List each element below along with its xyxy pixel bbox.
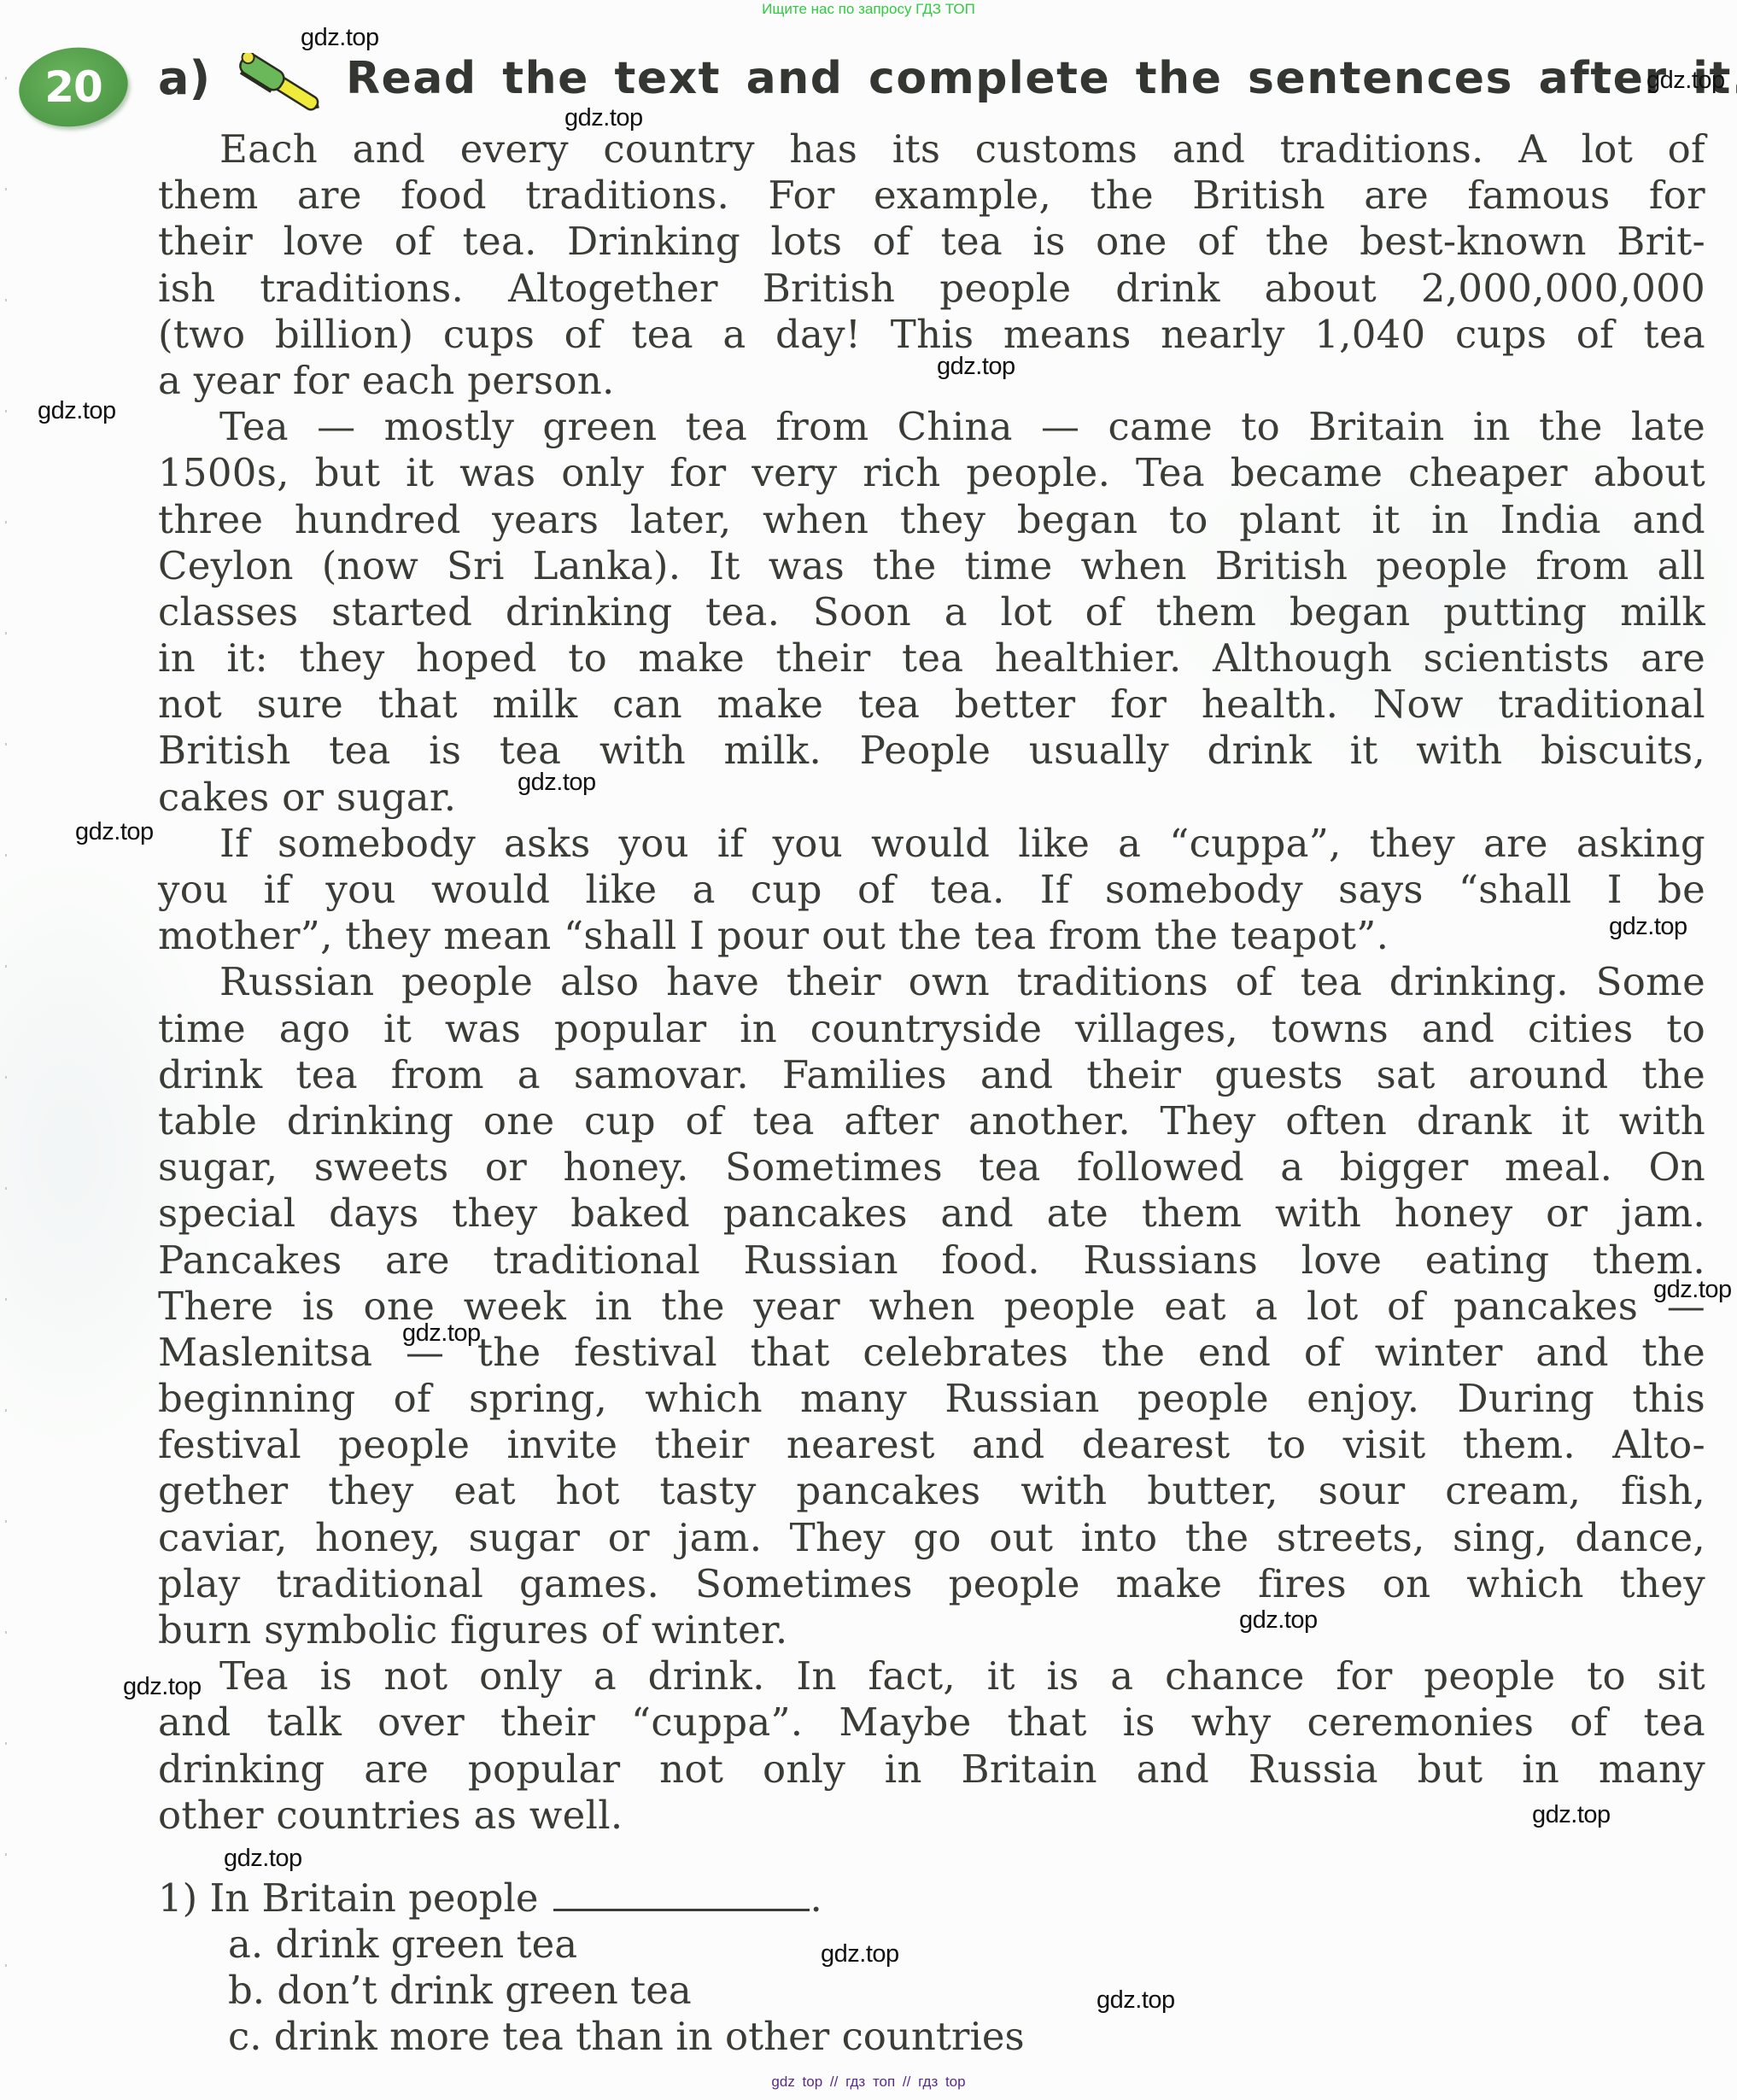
watermark: gdz.top xyxy=(518,769,596,796)
task-title: Read the text and complete the sentences… xyxy=(346,53,1737,104)
text-line: them are food traditions. For example, t… xyxy=(158,173,1705,219)
watermark: gdz.top xyxy=(301,24,379,51)
text-line: table drinking one cup of tea after anot… xyxy=(158,1098,1705,1144)
text-line: 1500s, but it was only for very rich peo… xyxy=(158,450,1705,496)
text-line: play traditional games. Sometimes people… xyxy=(158,1561,1705,1607)
watermark: gdz.top xyxy=(564,104,643,132)
text-line: Ceylon (now Sri Lanka). It was the time … xyxy=(158,543,1705,589)
watermark: gdz.top xyxy=(75,818,154,845)
watermark: gdz.top xyxy=(38,397,116,424)
watermark: gdz.top xyxy=(1609,913,1687,940)
watermark: gdz.top xyxy=(937,353,1015,380)
text-line: Maslenitsa — the festival that celebrate… xyxy=(158,1330,1705,1376)
watermark: gdz.top xyxy=(1239,1606,1318,1634)
footer-watermark: gdz top // гдз топ // гдз top xyxy=(0,2074,1737,2091)
text-line: time ago it was popular in countryside v… xyxy=(158,1006,1705,1052)
question-end-punct: . xyxy=(810,1875,822,1921)
text-line: you if you would like a cup of tea. If s… xyxy=(158,867,1705,913)
reading-text: Each and every country has its customs a… xyxy=(158,126,1705,1839)
answer-option-c: c. drink more tea than in other countrie… xyxy=(158,2014,1025,2060)
text-line: other countries as well. xyxy=(158,1793,1705,1839)
question-stem: 1) In Britain people xyxy=(158,1875,538,1922)
watermark: gdz.top xyxy=(1646,67,1725,94)
text-line: Each and every country has its customs a… xyxy=(158,126,1705,173)
pen-icon xyxy=(229,53,327,113)
text-line: (two billion) cups of tea a day! This me… xyxy=(158,312,1705,358)
text-line: their love of tea. Drinking lots of tea … xyxy=(158,219,1705,265)
text-line: in it: they hoped to make their tea heal… xyxy=(158,635,1705,681)
text-line: not sure that milk can make tea better f… xyxy=(158,681,1705,728)
text-line: There is one week in the year when peopl… xyxy=(158,1284,1705,1330)
text-line: drinking are popular not only in Britain… xyxy=(158,1746,1705,1793)
text-line: sugar, sweets or honey. Sometimes tea fo… xyxy=(158,1144,1705,1190)
top-banner: Ищите нас по запросу ГДЗ ТОП xyxy=(0,0,1737,19)
question-list: 1) In Britain people. a. drink green tea… xyxy=(158,1875,1025,2060)
exercise-number: 20 xyxy=(19,48,128,126)
task-letter: a) xyxy=(158,51,210,105)
question-stem-line: 1) In Britain people. xyxy=(158,1875,1025,1922)
text-line: Pancakes are traditional Russian food. R… xyxy=(158,1237,1705,1284)
watermark: gdz.top xyxy=(1653,1276,1732,1303)
watermark: gdz.top xyxy=(1097,1986,1175,2014)
text-line: mother”, they mean “shall I pour out the… xyxy=(158,913,1705,959)
text-line: Russian people also have their own tradi… xyxy=(158,959,1705,1005)
watermark: gdz.top xyxy=(821,1940,899,1968)
text-line: three hundred years later, when they beg… xyxy=(158,497,1705,543)
answer-option-b: b. don’t drink green tea xyxy=(158,1968,1025,2014)
answer-blank xyxy=(553,1876,810,1911)
text-line: cakes or sugar. xyxy=(158,775,1705,821)
text-line: and talk over their “cuppa”. Maybe that … xyxy=(158,1699,1705,1746)
text-line: British tea is tea with milk. People usu… xyxy=(158,728,1705,774)
text-line: festival people invite their nearest and… xyxy=(158,1422,1705,1468)
text-line: caviar, honey, sugar or jam. They go out… xyxy=(158,1515,1705,1561)
text-line: burn symbolic figures of winter. xyxy=(158,1607,1705,1653)
watermark: gdz.top xyxy=(402,1319,481,1347)
text-line: If somebody asks you if you would like a… xyxy=(158,821,1705,867)
watermark: gdz.top xyxy=(224,1845,302,1872)
text-line: Tea — mostly green tea from China — came… xyxy=(158,404,1705,450)
text-line: Tea is not only a drink. In fact, it is … xyxy=(158,1653,1705,1699)
text-line: beginning of spring, which many Russian … xyxy=(158,1376,1705,1422)
text-line: special days they baked pancakes and ate… xyxy=(158,1190,1705,1237)
exercise-header: 20 a) Read the text and complete the sen… xyxy=(0,34,1737,137)
text-line: gether they eat hot tasty pancakes with … xyxy=(158,1468,1705,1514)
watermark: gdz.top xyxy=(1532,1801,1611,1828)
text-line: a year for each person. xyxy=(158,358,1705,404)
text-line: drink tea from a samovar. Families and t… xyxy=(158,1052,1705,1098)
watermark: gdz.top xyxy=(123,1673,202,1700)
page-edge-marks xyxy=(5,77,7,1998)
text-line: ish traditions. Altogether British peopl… xyxy=(158,266,1705,312)
text-line: classes started drinking tea. Soon a lot… xyxy=(158,589,1705,635)
